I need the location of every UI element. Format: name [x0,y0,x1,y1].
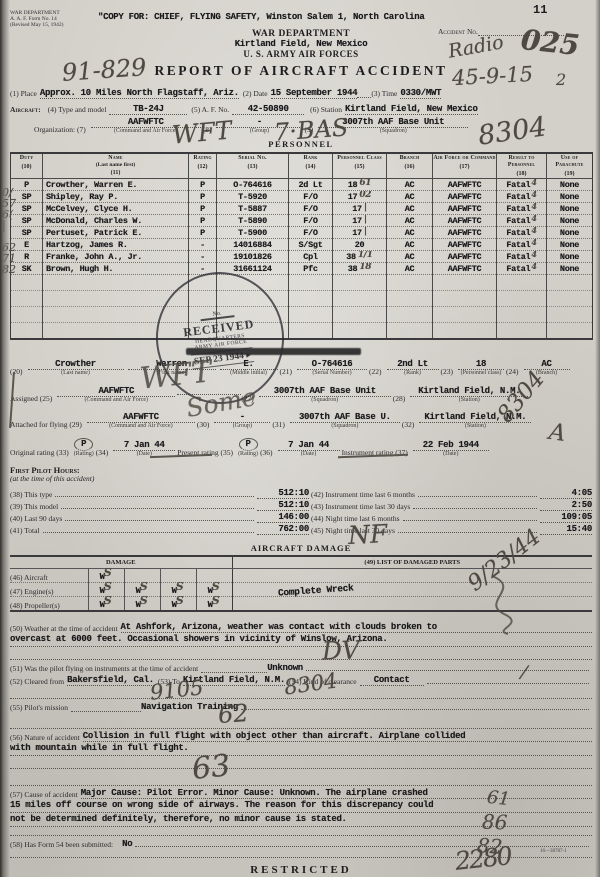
pencil-w-mark: S [212,594,220,607]
empty-cell [289,307,333,323]
hours-left-column: (38) This type512:10(39) This model512:1… [10,487,309,535]
pencil-fatal-mark: 4 [531,191,536,200]
personnel-cell: None [547,191,593,203]
personnel-cell: None [547,203,593,215]
leader-dots [413,499,537,509]
hours-row: (38) This type512:10 [10,487,309,499]
column-header-label: Serial No. [217,155,288,162]
empty-cell [433,323,497,339]
empty-row [11,275,593,291]
damage-row-label: (48) Propeller(s) [10,596,88,611]
leader-dots [418,487,537,497]
attached-label: Attached for flying (29) [10,420,82,429]
personnel-cell: Fatal4 [497,203,547,215]
clearance-kind-value: Contact [360,675,424,686]
column-header-number: (19) [547,171,592,177]
column-header-number: (14) [289,164,332,170]
form54-value: No [122,839,132,849]
form54-label: (58) Has Form 54 been submitted: [10,840,113,849]
form-revision: (Revised May 15, 1942) [10,22,96,28]
aircraft-label: Aircraft: [10,105,41,114]
page-number: 11 [533,3,547,17]
column-header: Name(Last name first)(11) [43,153,189,179]
personnel-row: SPPertuset, Patrick E.PT-5900F/O17|ACAAF… [11,227,593,239]
column-header-label: Duty [11,155,42,162]
column-header-number: (12) [189,164,216,170]
personnel-cell: F/O [289,203,333,215]
empty-cell [387,275,433,291]
hours-label: (39) This model [10,502,58,511]
empty-cell [43,275,189,291]
personnel-cell: Franke, John A., Jr. [43,251,189,263]
personnel-cell: AC [387,191,433,203]
handwritten-dv: DV [322,635,361,665]
hours-block: (38) This type512:10(39) This model512:1… [10,487,592,535]
column-header-label: Personnel Class [333,155,386,162]
personnel-cell: 17| [333,215,387,227]
cause-value-1: Major Cause: Pilot Error. Minor Cause: U… [81,788,592,799]
print-code: 16—38787-1 [540,849,567,854]
empty-cell [433,275,497,291]
personnel-cell: 20 [333,239,387,251]
personnel-cell: 17| [333,203,387,215]
damage-cell: WS [160,596,196,611]
instruments-value: Unknown [267,663,303,673]
handwritten-62: 62 [217,699,249,729]
pencil-w-mark: S [212,580,220,593]
rule-line [10,769,592,786]
column-header-number: (18) [497,171,546,177]
pencil-class-mark: 61 [359,179,371,188]
personnel-table-wrap: 0/576(|627182 Duty(10)Name(Last name fir… [10,152,592,340]
personnel-cell: P [189,215,217,227]
hours-value: 762:00 [257,524,309,535]
personnel-header-row: Duty(10)Name(Last name first)(11)Rating(… [11,153,593,179]
empty-cell [497,275,547,291]
personnel-cell: P [189,203,217,215]
hours-value: 2:50 [540,500,592,511]
personnel-cell: AAFWFTC [433,251,497,263]
personnel-cell: None [547,263,593,275]
personnel-cell: SP [11,215,43,227]
personnel-cell: None [547,227,593,239]
personnel-cell: 1861 [333,179,387,191]
personnel-cell: T-5920 [217,191,289,203]
column-header-number: (13) [217,164,288,170]
personnel-cell: F/O [289,227,333,239]
leader-dots [55,487,254,497]
personnel-cell: T-5887 [217,203,289,215]
hours-subtitle: (at the time of this accident) [10,475,592,483]
personnel-cell: Brown, Hugh H. [43,263,189,275]
personnel-cell: Shipley, Ray P. [43,191,189,203]
column-header: Rating(12) [189,153,217,179]
personnel-cell: AAFWFTC [433,227,497,239]
personnel-cell: Hartzog, James R. [43,239,189,251]
personnel-cell: Pertuset, Patrick E. [43,227,189,239]
rule-line [10,756,592,769]
place-value: Approx. 10 Miles North Flagstaff, Ariz. [40,88,239,99]
cleared-from-value: Bakersfield, Cal. [67,675,154,686]
pencil-fatal-mark: 4 [531,263,536,272]
station-value: Kirtland Field, New Mexico [345,104,478,115]
damage-row-label: (47) Engine(s) [10,582,88,596]
empty-cell [547,275,593,291]
type-label: (4) Type and model [48,105,107,114]
personnel-cell: Fatal4 [497,215,547,227]
personnel-row: EHartzog, James R.-14016884S/Sgt20ACAAFW… [11,239,593,251]
form-identifier: WAR DEPARTMENT A. A. F. Form No. 14 (Rev… [10,10,96,28]
pencil-class-mark: | [364,215,367,224]
personnel-cell: AC [387,263,433,275]
pencil-class-mark: 1/1 [358,251,373,260]
empty-cell [289,323,333,339]
personnel-cell: AAFWFTC [433,203,497,215]
time-label: (3) Time [371,89,397,98]
column-header-number: (17) [433,164,496,170]
pencil-squiggle [478,572,538,636]
personnel-cell: 3818 [333,263,387,275]
nature-value-2: with mountain while in full flight. [10,742,592,756]
hours-value: 512:10 [257,488,309,499]
instruments-line: (51) Was the pilot flying on instruments… [10,660,592,673]
copy-for-line: "COPY FOR: CHIEF, FLYING SAFETY, Winston… [98,12,424,22]
personnel-cell: P [189,179,217,191]
personnel-cell: AAFWFTC [433,215,497,227]
column-header-number: (10) [11,164,42,170]
org-command-sub: (Command and Air Force) [114,128,178,134]
column-header-label: Branch [387,155,432,162]
damaged-parts-cell [232,596,592,611]
personnel-cell: - [189,251,217,263]
personnel-cell: McDonald, Charles W. [43,215,189,227]
hours-row: (43) Instrument time last 30 days2:50 [311,499,592,511]
handwritten-2280: 2280 [454,841,512,876]
pencil-w-mark: S [176,580,184,593]
handwritten-radio-number: 025 [519,23,581,62]
hours-value: 109:05 [540,512,592,523]
empty-cell [387,323,433,339]
place-date-time-line: (1) Place Approx. 10 Miles North Flagsta… [10,88,592,98]
personnel-cell: Crowther, Warren E. [43,179,189,191]
personnel-cell: 2d Lt [289,179,333,191]
handwritten-7bas: 7·BAS [273,113,349,146]
hours-value: 146:00 [257,512,309,523]
pencil-w-mark: S [176,594,184,607]
personnel-cell: F/O [289,215,333,227]
station-label: (6) Station [310,105,342,114]
hours-row: (41) Total762:00 [10,523,309,535]
assigned-squadron: 3007th AAF Base Unit [259,386,391,397]
empty-cell [289,275,333,291]
hours-label: (43) Instrument time last 30 days [311,502,410,511]
pencil-w-mark: S [104,580,112,593]
personnel-cell: P [11,179,43,191]
personnel-cell: F/O [289,191,333,203]
pilot-last: Crowther [28,359,124,370]
rule-line [10,712,592,729]
personnel-cell: AC [387,179,433,191]
nature-line: (56) Nature of accident Collision in ful… [10,729,592,742]
pencil-fatal-mark: 4 [531,179,536,188]
pencil-class-mark: 18 [359,263,371,272]
personnel-cell: 14016884 [217,239,289,251]
cleared-from-label: (52) Cleared from [10,677,64,686]
personnel-cell: P [189,227,217,239]
damage-cell: WS [196,596,232,611]
pencil-class-mark: | [364,203,367,212]
personnel-row: RFranke, John A., Jr.-19101826Cpl381/1AC… [11,251,593,263]
empty-row [11,307,593,323]
personnel-cell: None [547,239,593,251]
mission-label: (55) Pilot's mission [10,703,68,712]
column-header-label: Rank [289,155,332,162]
pencil-fatal-mark: 4 [531,215,536,224]
nature-value-1: Collision in full flight with object oth… [83,731,592,742]
personnel-cell: AC [387,251,433,263]
accident-no-label: Accident No. [438,27,478,36]
date-label: (2) Date [243,89,268,98]
present-rating: P [239,438,258,451]
empty-cell [333,323,387,339]
pilot-class: 18 [458,359,504,370]
column-header: Duty(10) [11,153,43,179]
personnel-cell: AC [387,227,433,239]
empty-cell [547,291,593,307]
personnel-cell: AAFWFTC [433,179,497,191]
hours-row: (39) This model512:10 [10,499,309,511]
empty-cell [333,275,387,291]
org-label: Organization: (7) [34,125,86,134]
handwritten-date-code: 45-9-15 [451,62,533,90]
handwritten-63: 63 [190,748,232,787]
personnel-cell: AAFWFTC [433,239,497,251]
personnel-cell: None [547,251,593,263]
orig-rating-label: Original rating (33) [10,448,69,457]
af-no-label: (5) A. F. No. [191,105,229,114]
org-group-sub: (Group) [250,128,269,134]
personnel-cell: AC [387,203,433,215]
personnel-cell: SP [11,227,43,239]
column-header-label: Use of Parachute [547,155,592,169]
pilot-name-line: (20) Crowther(Last name) Warren(First na… [10,359,592,376]
empty-cell [547,307,593,323]
empty-cell [497,291,547,307]
hours-value: 512:10 [257,500,309,511]
empty-cell [433,291,497,307]
orig-rating: P [74,438,93,451]
damage-col-header: DAMAGE [10,556,232,569]
rule-line [10,647,592,660]
personnel-cell: Fatal4 [497,191,547,203]
scan-edge-right [595,0,600,877]
hours-label: (41) Total [10,526,40,535]
empty-row [11,291,593,307]
personnel-cell: AC [387,215,433,227]
empty-cell [289,291,333,307]
empty-cell [11,291,43,307]
empty-cell [11,323,43,339]
handwritten-61: 61 [486,787,511,810]
column-header: Serial No.(13) [217,153,289,179]
column-header: Result to Personnel(18) [497,153,547,179]
hours-title: First Pilot Hours: [10,465,592,475]
empty-cell [387,307,433,323]
leader-dots [61,499,254,509]
pencil-w-mark: S [140,594,148,607]
damage-cell: WS [88,596,124,611]
leader-dots [398,523,537,533]
column-header: Air Force or Command(17) [433,153,497,179]
column-header-label: Rating [189,155,216,162]
column-header-number: (15) [333,164,386,170]
hours-value: 4:05 [540,488,592,499]
ratings-line: Original rating (33) P(Rating) (34) 7 Ja… [10,438,592,457]
hours-value: 15:40 [540,524,592,535]
af-no-value: 42-50890 [232,104,304,115]
nature-label: (56) Nature of accident [10,733,80,742]
handwritten-86: 86 [482,810,508,835]
attached-squadron: 3007th AAF Base U. [290,412,400,423]
personnel-cell: T-5890 [217,215,289,227]
personnel-cell: T-5900 [217,227,289,239]
pencil-fatal-mark: 4 [531,227,536,236]
leader-dots [65,511,254,521]
damage-cell: WS [124,596,160,611]
pencil-fatal-mark: 4 [531,251,536,260]
handwritten-a-mark: A [547,419,567,447]
personnel-cell: Fatal4 [497,239,547,251]
empty-cell [547,323,593,339]
damage-row-label: (46) Aircraft [10,568,88,582]
page: WAR DEPARTMENT A. A. F. Form No. 14 (Rev… [0,0,600,877]
pilot-rank: 2nd Lt [387,359,439,370]
empty-cell [497,307,547,323]
pencil-class-mark: | [364,227,367,236]
hours-label: (38) This type [10,490,52,499]
empty-cell [333,307,387,323]
column-header-label: Name [43,155,188,162]
personnel-cell: 381/1 [333,251,387,263]
column-header: Branch(16) [387,153,433,179]
personnel-row: SPShipley, Ray P.PT-5920F/O1702ACAAFWFTC… [11,191,593,203]
personnel-row: SKBrown, Hugh H.-31661124Pfc3818ACAAFWFT… [11,263,593,275]
column-header-label: Result to Personnel [497,155,546,169]
personnel-row: PCrowther, Warren E.PO-7646162d Lt1861AC… [11,179,593,191]
personnel-cell: Fatal4 [497,179,547,191]
column-header-number: (16) [387,164,432,170]
column-header: Use of Parachute(19) [547,153,593,179]
personnel-cell: None [547,179,593,191]
personnel-row: SPMcCelvey, Clyce H.PT-5887F/O17|ACAAFWF… [11,203,593,215]
personnel-cell: Fatal4 [497,263,547,275]
empty-cell [11,275,43,291]
damaged-parts-cell [232,568,592,582]
personnel-cell: Fatal4 [497,251,547,263]
hours-row: (40) Last 90 days146:00 [10,511,309,523]
pencil-w-mark: S [140,580,148,593]
personnel-cell: S/Sgt [289,239,333,251]
hours-label: (42) Instrument time last 6 months [311,490,415,499]
personnel-cell: Fatal4 [497,227,547,239]
hours-label: (40) Last 90 days [10,514,62,523]
present-date: 7 Jan 44 [278,440,340,451]
handwritten-wft-header: WFT [171,115,233,149]
personnel-cell: AAFWFTC [433,191,497,203]
instruments-label: (51) Was the pilot flying on instruments… [10,664,198,673]
place-label: (1) Place [10,89,37,98]
column-header-label: Air Force or Command [433,155,496,162]
personnel-cell: Pfc [289,263,333,275]
empty-cell [387,291,433,307]
hours-row: (42) Instrument time last 6 months4:05 [311,487,592,499]
cause-label: (57) Cause of accident [10,790,78,799]
aircraft-line: Aircraft: (4) Type and model TB-24J (5) … [10,104,592,114]
column-header: Rank(14) [289,153,333,179]
personnel-row: SPMcDonald, Charles W.PT-5890F/O17|ACAAF… [11,215,593,227]
empty-cell [333,291,387,307]
personnel-cell: P [189,191,217,203]
personnel-cell: 19101826 [217,251,289,263]
instr-date: 22 Feb 1944 [413,440,489,451]
personnel-cell: AAFWFTC [433,263,497,275]
column-header-sub: (Last name first) [43,162,188,168]
time-value: 0330/MWT [400,88,441,99]
pencil-class-mark: 02 [359,191,371,200]
leader-dots [43,523,254,533]
personnel-cell: McCelvey, Clyce H. [43,203,189,215]
attached-command: AAFWFTC [87,412,195,423]
pencil-w-mark: S [104,594,112,607]
empty-cell [433,307,497,323]
personnel-cell: 17| [333,227,387,239]
weather-label: (50) Weather at the time of accident [10,624,118,633]
pilot-serial: O-764616 [297,359,367,370]
column-header: Personnel Class(15) [333,153,387,179]
handwritten-date-code-2: 2 [556,70,566,89]
personnel-cell: Cpl [289,251,333,263]
empty-cell [497,323,547,339]
column-header-number: (11) [43,170,188,176]
handwritten-nf: NF [347,519,388,550]
personnel-cell: O-764616 [217,179,289,191]
pencil-w-mark: S [104,566,112,579]
personnel-cell: 1702 [333,191,387,203]
personnel-cell: None [547,215,593,227]
scan-edge-left [0,0,10,877]
type-value: TB-24J [109,104,187,115]
personnel-cell: - [189,239,217,251]
date-value: 15 September 1944 [271,88,358,99]
pencil-fatal-mark: 4 [531,239,536,248]
empty-row [11,323,593,339]
leader-dots [403,511,537,521]
orig-date: 7 Jan 44 [113,440,175,451]
personnel-cell: AC [387,239,433,251]
empty-cell [11,307,43,323]
org-squadron-sub: (Squadron) [380,128,407,134]
damaged-parts-col-header: (49) LIST OF DAMAGED PARTS [232,556,592,569]
handwritten-file-number: 91-829 [61,53,147,87]
pencil-fatal-mark: 4 [531,203,536,212]
personnel-table: Duty(10)Name(Last name first)(11)Rating(… [10,152,593,340]
assigned-label: Assigned (25) [10,394,52,403]
mission-line: (55) Pilot's mission Navigation Training [10,699,592,712]
